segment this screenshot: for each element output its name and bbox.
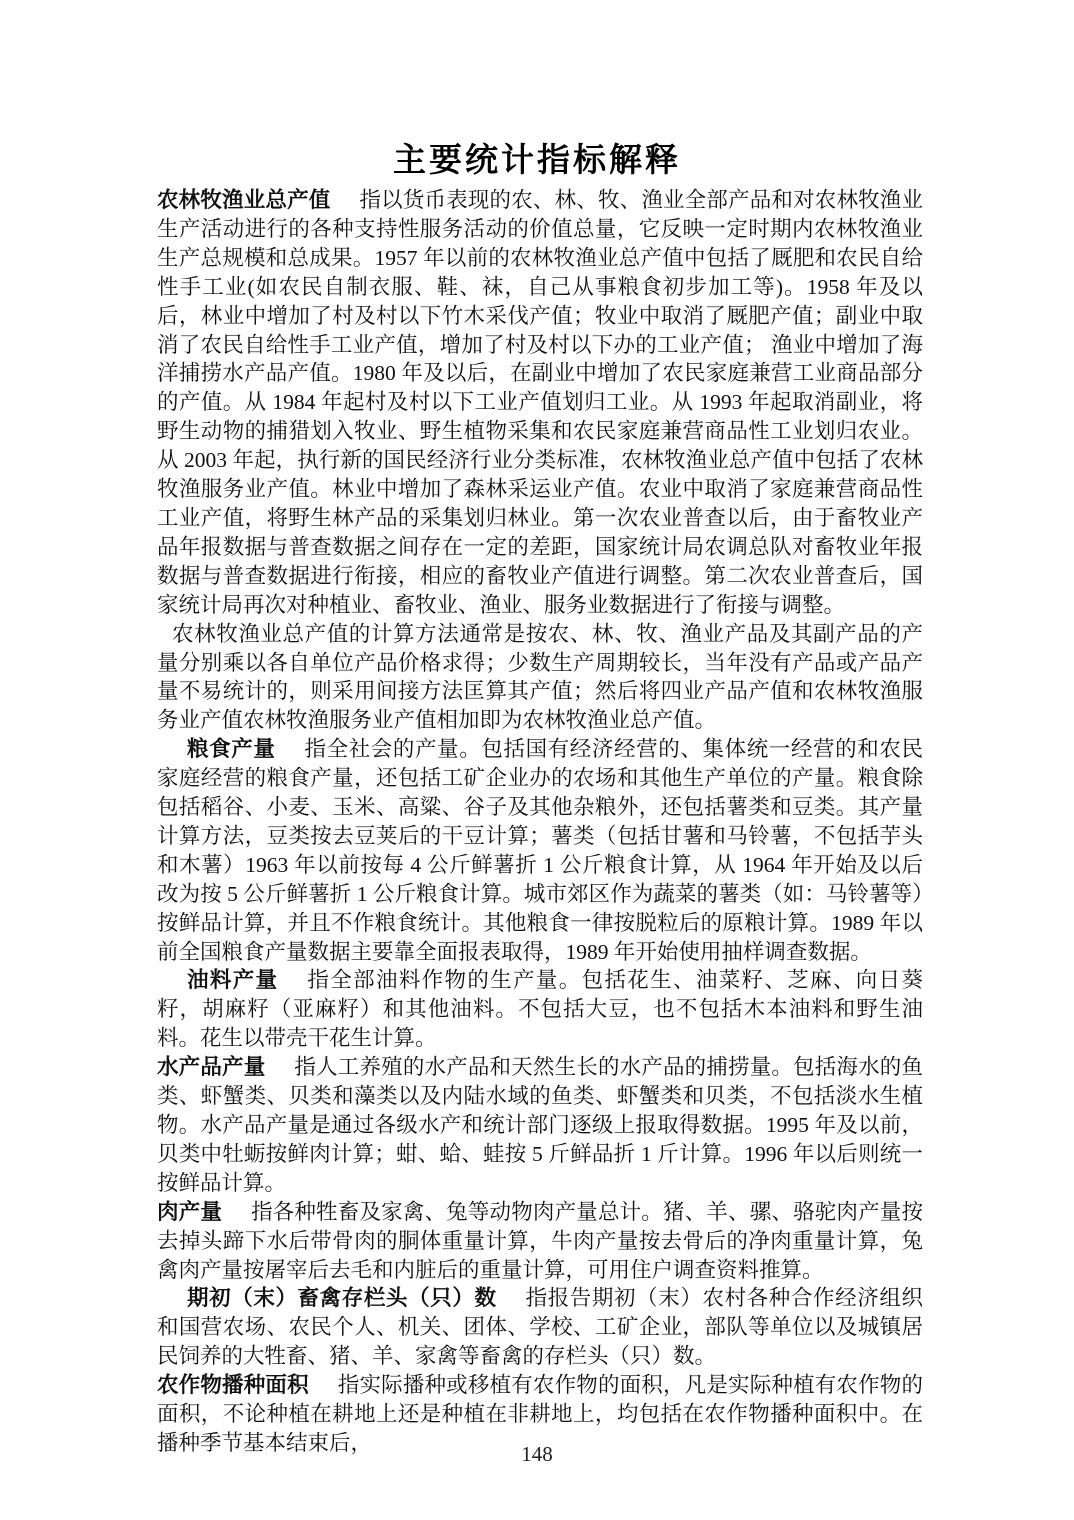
indicator-definition: 农林牧渔业总产值的计算方法通常是按农、林、牧、渔业产品及其副产品的产量分别乘以各…	[157, 622, 923, 733]
indicator-term: 农作物播种面积	[157, 1373, 309, 1397]
page-number: 148	[0, 1442, 1074, 1467]
indicator-term: 农林牧渔业总产值	[157, 188, 330, 212]
paragraph-calculation-method: 农林牧渔业总产值的计算方法通常是按农、林、牧、渔业产品及其副产品的产量分别乘以各…	[157, 620, 923, 736]
paragraph-oil-crops-output: 油料产量指全部油料作物的生产量。包括花生、油菜籽、芝麻、向日葵籽，胡麻籽（亚麻籽…	[157, 966, 923, 1053]
indicator-definition: 指各种牲畜及家禽、兔等动物肉产量总计。猪、羊、骡、骆驼肉产量按去掉头蹄下水后带骨…	[157, 1200, 923, 1282]
indicator-definition: 指全社会的产量。包括国有经济经营的、集体统一经营的和农民家庭经营的粮食产量，还包…	[157, 737, 923, 963]
indicator-term: 期初（末）畜禽存栏头（只）数	[187, 1286, 497, 1310]
paragraph-gross-output-value: 农林牧渔业总产值指以货币表现的农、林、牧、渔业全部产品和对农林牧渔业生产活动进行…	[157, 186, 923, 620]
indicator-term: 油料产量	[187, 968, 278, 992]
paragraph-grain-output: 粮食产量指全社会的产量。包括国有经济经营的、集体统一经营的和农民家庭经营的粮食产…	[157, 735, 923, 966]
paragraph-meat-output: 肉产量指各种牲畜及家禽、兔等动物肉产量总计。猪、羊、骡、骆驼肉产量按去掉头蹄下水…	[157, 1198, 923, 1285]
indicator-definition: 指以货币表现的农、林、牧、渔业全部产品和对农林牧渔业生产活动进行的各种支持性服务…	[157, 188, 923, 617]
document-page: 主要统计指标解释 农林牧渔业总产值指以货币表现的农、林、牧、渔业全部产品和对农林…	[0, 0, 1074, 1520]
paragraph-aquatic-products-output: 水产品产量指人工养殖的水产品和天然生长的水产品的捕捞量。包括海水的鱼类、虾蟹类、…	[157, 1053, 923, 1198]
document-body: 农林牧渔业总产值指以货币表现的农、林、牧、渔业全部产品和对农林牧渔业生产活动进行…	[157, 186, 923, 1458]
indicator-term: 粮食产量	[187, 737, 275, 761]
page-title: 主要统计指标解释	[0, 0, 1074, 181]
paragraph-livestock-inventory: 期初（末）畜禽存栏头（只）数指报告期初（末）农村各种合作经济组织和国营农场、农民…	[157, 1284, 923, 1371]
indicator-term: 水产品产量	[157, 1055, 265, 1079]
indicator-term: 肉产量	[157, 1200, 222, 1224]
indicator-definition: 指人工养殖的水产品和天然生长的水产品的捕捞量。包括海水的鱼类、虾蟹类、贝类和藻类…	[157, 1055, 923, 1195]
